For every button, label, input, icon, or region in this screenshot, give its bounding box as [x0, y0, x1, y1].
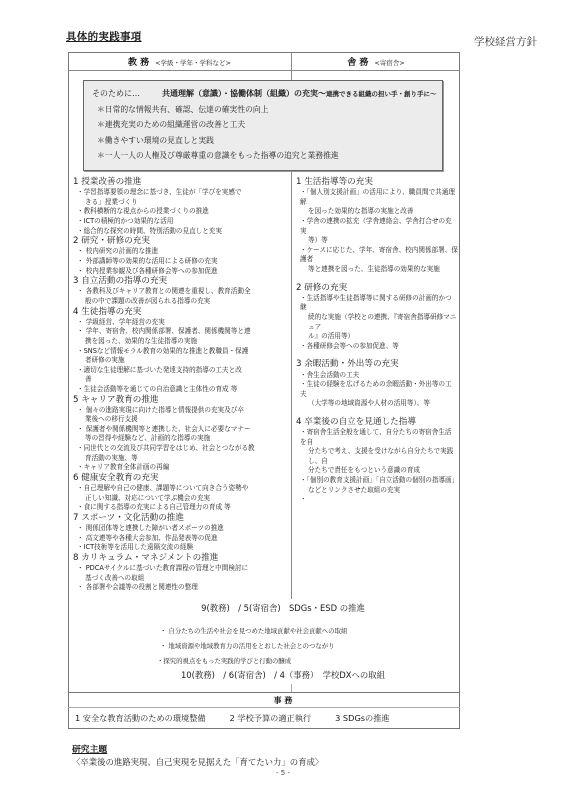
jimu-item: 2 学校予算の適正執行 [230, 713, 312, 723]
shamu-content: 1 生活指導等の充実・「個人別支援計画」の活用により、職員間で共通理解を図った効… [296, 177, 458, 505]
section-gap [296, 275, 458, 283]
kyomu-column-header: 教 務<学級・学年・学科など> [68, 55, 291, 68]
list-item: ・各種研修会等への参加促進、等 [296, 342, 458, 352]
list-item: ・ICT技術等を活用した遠隔交流の経験 [73, 543, 289, 553]
list-item: ・ 校内授業参観及び各種研修会等への参加促進 [73, 267, 289, 277]
kyomu-content: 1 授業改善の推進・学習指導要領の理念に基づき、生徒が「学びを実感できる」授業づ… [73, 177, 289, 593]
kyomu-subtitle: <学級・学年・学科など> [155, 59, 231, 67]
list-item-continuation: 善 [73, 375, 289, 385]
list-item: ・SNSなど情報モラル教育の効果的な推進と教職員・保護 [73, 347, 289, 357]
goal-main: 共通理解（意識）・協働体制（組織）の充実～ [162, 89, 326, 98]
list-item: ・食に関する指導の充実による自己管理力の育成 等 [73, 503, 289, 513]
list-item-continuation: 般の中で課題の改善が図られる指導の充実 [73, 297, 289, 307]
section-title: 5 キャリア教育の推進 [73, 395, 289, 406]
goal-item: ＊連携充実のための組織運営の改善と工夫 [97, 119, 245, 130]
list-item: ・生活指導や生徒指導等に関する研修の計画的かつ継 [296, 294, 458, 313]
list-item: ・ 学年、寄宿舎、校内関係部署、保護者、関係機関等と連 [73, 327, 289, 337]
page-heading: 具体的実践事項 [66, 29, 142, 44]
jimu-header: 事 務 [0, 695, 566, 706]
list-item: ・ 高文連等や各種大会参加、作品発表等の促進 [73, 534, 289, 544]
section-title: 8 カリキュラム・マネジメントの推進 [73, 553, 289, 564]
list-item: ・ 関係団体等と連携した障がい者スポーツの推進 [73, 524, 289, 534]
list-item-continuation: 育活動の実施、等 [73, 454, 289, 464]
list-item: ・「個人別支援計画」の活用により、職員間で共通理解 [296, 188, 458, 207]
section-title: 2 研修の充実 [296, 283, 458, 294]
list-item-continuation: 者研修の実施 [73, 356, 289, 366]
center-tick [291, 684, 292, 692]
sdgs-section-title: 9(教務) / 5(寄宿舎) SDGs・ESD の推進 [0, 602, 566, 614]
list-item-continuation: 業後への移行支援 [73, 415, 289, 425]
sdgs-item: ・ 地域資源や地域教育力の活用をとおした社会とのつながり [160, 641, 335, 650]
list-item: ・ 学級経営、学年経営の充実 [73, 318, 289, 328]
list-item-continuation: 等の習得や経験など、計画的な指導の実施 [73, 434, 289, 444]
shamu-subtitle: <寄宿舎> [374, 59, 404, 67]
list-item: ・総合的な探究の時間、特別活動の見直しと充実 [73, 227, 289, 237]
list-item: ・「個別の教育支援計画」「自立活動の個別の指導画」 [296, 476, 458, 486]
list-item: ・自己理解や自己の健康、課題等について向き合う姿勢や [73, 484, 289, 494]
list-item: ・ 校内研究の計画的な推進 [73, 247, 289, 257]
section-title: 1 授業改善の推進 [73, 177, 289, 188]
jimu-items: 1 安全な教育活動のための環境整備2 学校予算の適正執行3 SDGsの推進 [75, 713, 414, 724]
list-item: ・生徒の経験を広げるための余暇活動・外出等の工夫 [296, 380, 458, 399]
list-item-continuation: 基づく改善への取組 [73, 574, 289, 584]
research-theme: 〈卒業後の進路実現、自己実現を見据えた「育てたい力」の育成〉 [72, 756, 323, 768]
document-label: 学校経営方針 [474, 34, 537, 49]
list-item-continuation: ル』の活用等） [296, 332, 458, 342]
list-item: ・教科横断的な視点からの授業づくりの推進 [73, 207, 289, 217]
shamu-title: 舎 務 [347, 58, 368, 68]
list-item-continuation: 正しい知識、対応について学ぶ機会の充実 [73, 494, 289, 504]
goal-item: ＊日常的な情報共有、確認、伝達の確実性の向上 [97, 104, 269, 115]
section-title: 2 研究・研修の充実 [73, 236, 289, 247]
goal-title: そのために…共通理解（意識）・協働体制（組織）の充実～連携できる組織の担い手・創… [92, 88, 437, 99]
list-item: ・同世代との交流及び共同学習をはじめ、社会とつながる教 [73, 444, 289, 454]
list-item-continuation: 携を図った、効果的な生徒指導の実施 [73, 337, 289, 347]
list-item: ・舎生会活動の工夫 [296, 371, 458, 381]
jimu-divider-bottom [68, 707, 460, 708]
list-item-continuation: 続的な実施（学校との連携、『寄宿舎指導研修マニュア [296, 313, 458, 332]
section-title: 6 健康安全教育の充実 [73, 473, 289, 484]
list-item-continuation: 等）等 [296, 236, 458, 246]
goal-lead: そのために… [92, 89, 140, 98]
goal-item: ＊働きやすい環境の見直しと実践 [97, 135, 214, 146]
list-item: ・ 各教科及びキャリア教育との関連を重視し、教育活動全 [73, 287, 289, 297]
goal-subtitle: 連携できる組織の担い手・創り手に～ [326, 90, 437, 98]
list-item: ・生徒会活動等を通じての自治意識と主体性の育成 等 [73, 385, 289, 395]
list-item: ・ICTの積極的かつ効果的な活用 [73, 217, 289, 227]
list-item: ・学習指導要領の理念に基づき、生徒が「学びを実感で [73, 188, 289, 198]
list-item: ・ 個々の進路実現に向けた指導と情報提供の充実及び卒 [73, 406, 289, 416]
list-item-continuation: （大学等の地域資源や人材の活用等）、等 [296, 399, 458, 409]
list-item: ・適切な生徒理解に基づいた発達支持的指導の工夫と改 [73, 366, 289, 376]
section-title: 7 スポーツ・文化活動の推進 [73, 513, 289, 524]
list-item: ・ PDCAサイクルに基づいた教育課程の管理と中間検討に [73, 564, 289, 574]
list-item: ・キャリア教育全体計画の再編 [73, 463, 289, 473]
section-title: 3 余暇活動・外出等の充実 [296, 359, 458, 370]
goal-item: ＊一人一人の人権及び尊厳尊重の意識をもった指導の追究と業務推進 [97, 150, 339, 161]
list-item: ・ [296, 495, 458, 505]
list-item: ・学舎の連携の拡充（学舎連絡会、学舎打合せの充実 [296, 217, 458, 236]
research-title: 研究主題 [72, 742, 107, 755]
section-title: 3 自立活動の指導の充実 [73, 276, 289, 287]
list-item-continuation: 等と連携を図った、生徒指導の効果的な実施 [296, 265, 458, 275]
list-item: ・ 各部署や会議等の役割と関連性の整理 [73, 583, 289, 593]
list-item-continuation: などとリンクさせた取組の充実 [296, 486, 458, 496]
jimu-item: 3 SDGsの推進 [335, 713, 390, 723]
section-title: 1 生活指導等の充実 [296, 177, 458, 188]
kyomu-title: 教 務 [128, 58, 149, 68]
dx-section-title: 10(教務) / 6(寄宿舎) / 4（事務） 学校DXへの取組 [0, 669, 566, 681]
header-row-divider [68, 70, 460, 71]
list-item: ・ 外部講師等の効果的な活用による研修の充実 [73, 257, 289, 267]
section-title: 4 生徒指導の充実 [73, 307, 289, 318]
list-item-continuation: きる」授業づくり [73, 198, 289, 208]
jimu-divider-top [68, 692, 460, 693]
section-gap [296, 409, 458, 417]
shamu-column-header: 舎 務<寄宿舎> [292, 55, 460, 68]
sdgs-item: ・ 自分たちの生活や社会を見つめた地域貢献や社会貢献への取組 [160, 626, 347, 635]
list-item-continuation: を図った効果的な指導の実施と改善 [296, 207, 458, 217]
jimu-item: 1 安全な教育活動のための環境整備 [75, 713, 206, 723]
page-number: - 5 - [0, 769, 566, 777]
section-title: 4 卒業後の自立を見通した指導 [296, 417, 458, 428]
list-item-continuation: 分たちで責任をもつという意識の育成 [296, 466, 458, 476]
sdgs-item: ・探究的視点をもった実践的学びと行動の醸成 [157, 656, 291, 665]
list-item-continuation: 分たちで考え、支援を受けながら自分たちで実践し、自 [296, 447, 458, 466]
list-item: ・寄宿舎生活全般を通して、自分たちの寄宿舎生活を自 [296, 428, 458, 447]
list-item: ・ケースに応じた、学年、寄宿舎、校内関係部署、保護者 [296, 246, 458, 265]
